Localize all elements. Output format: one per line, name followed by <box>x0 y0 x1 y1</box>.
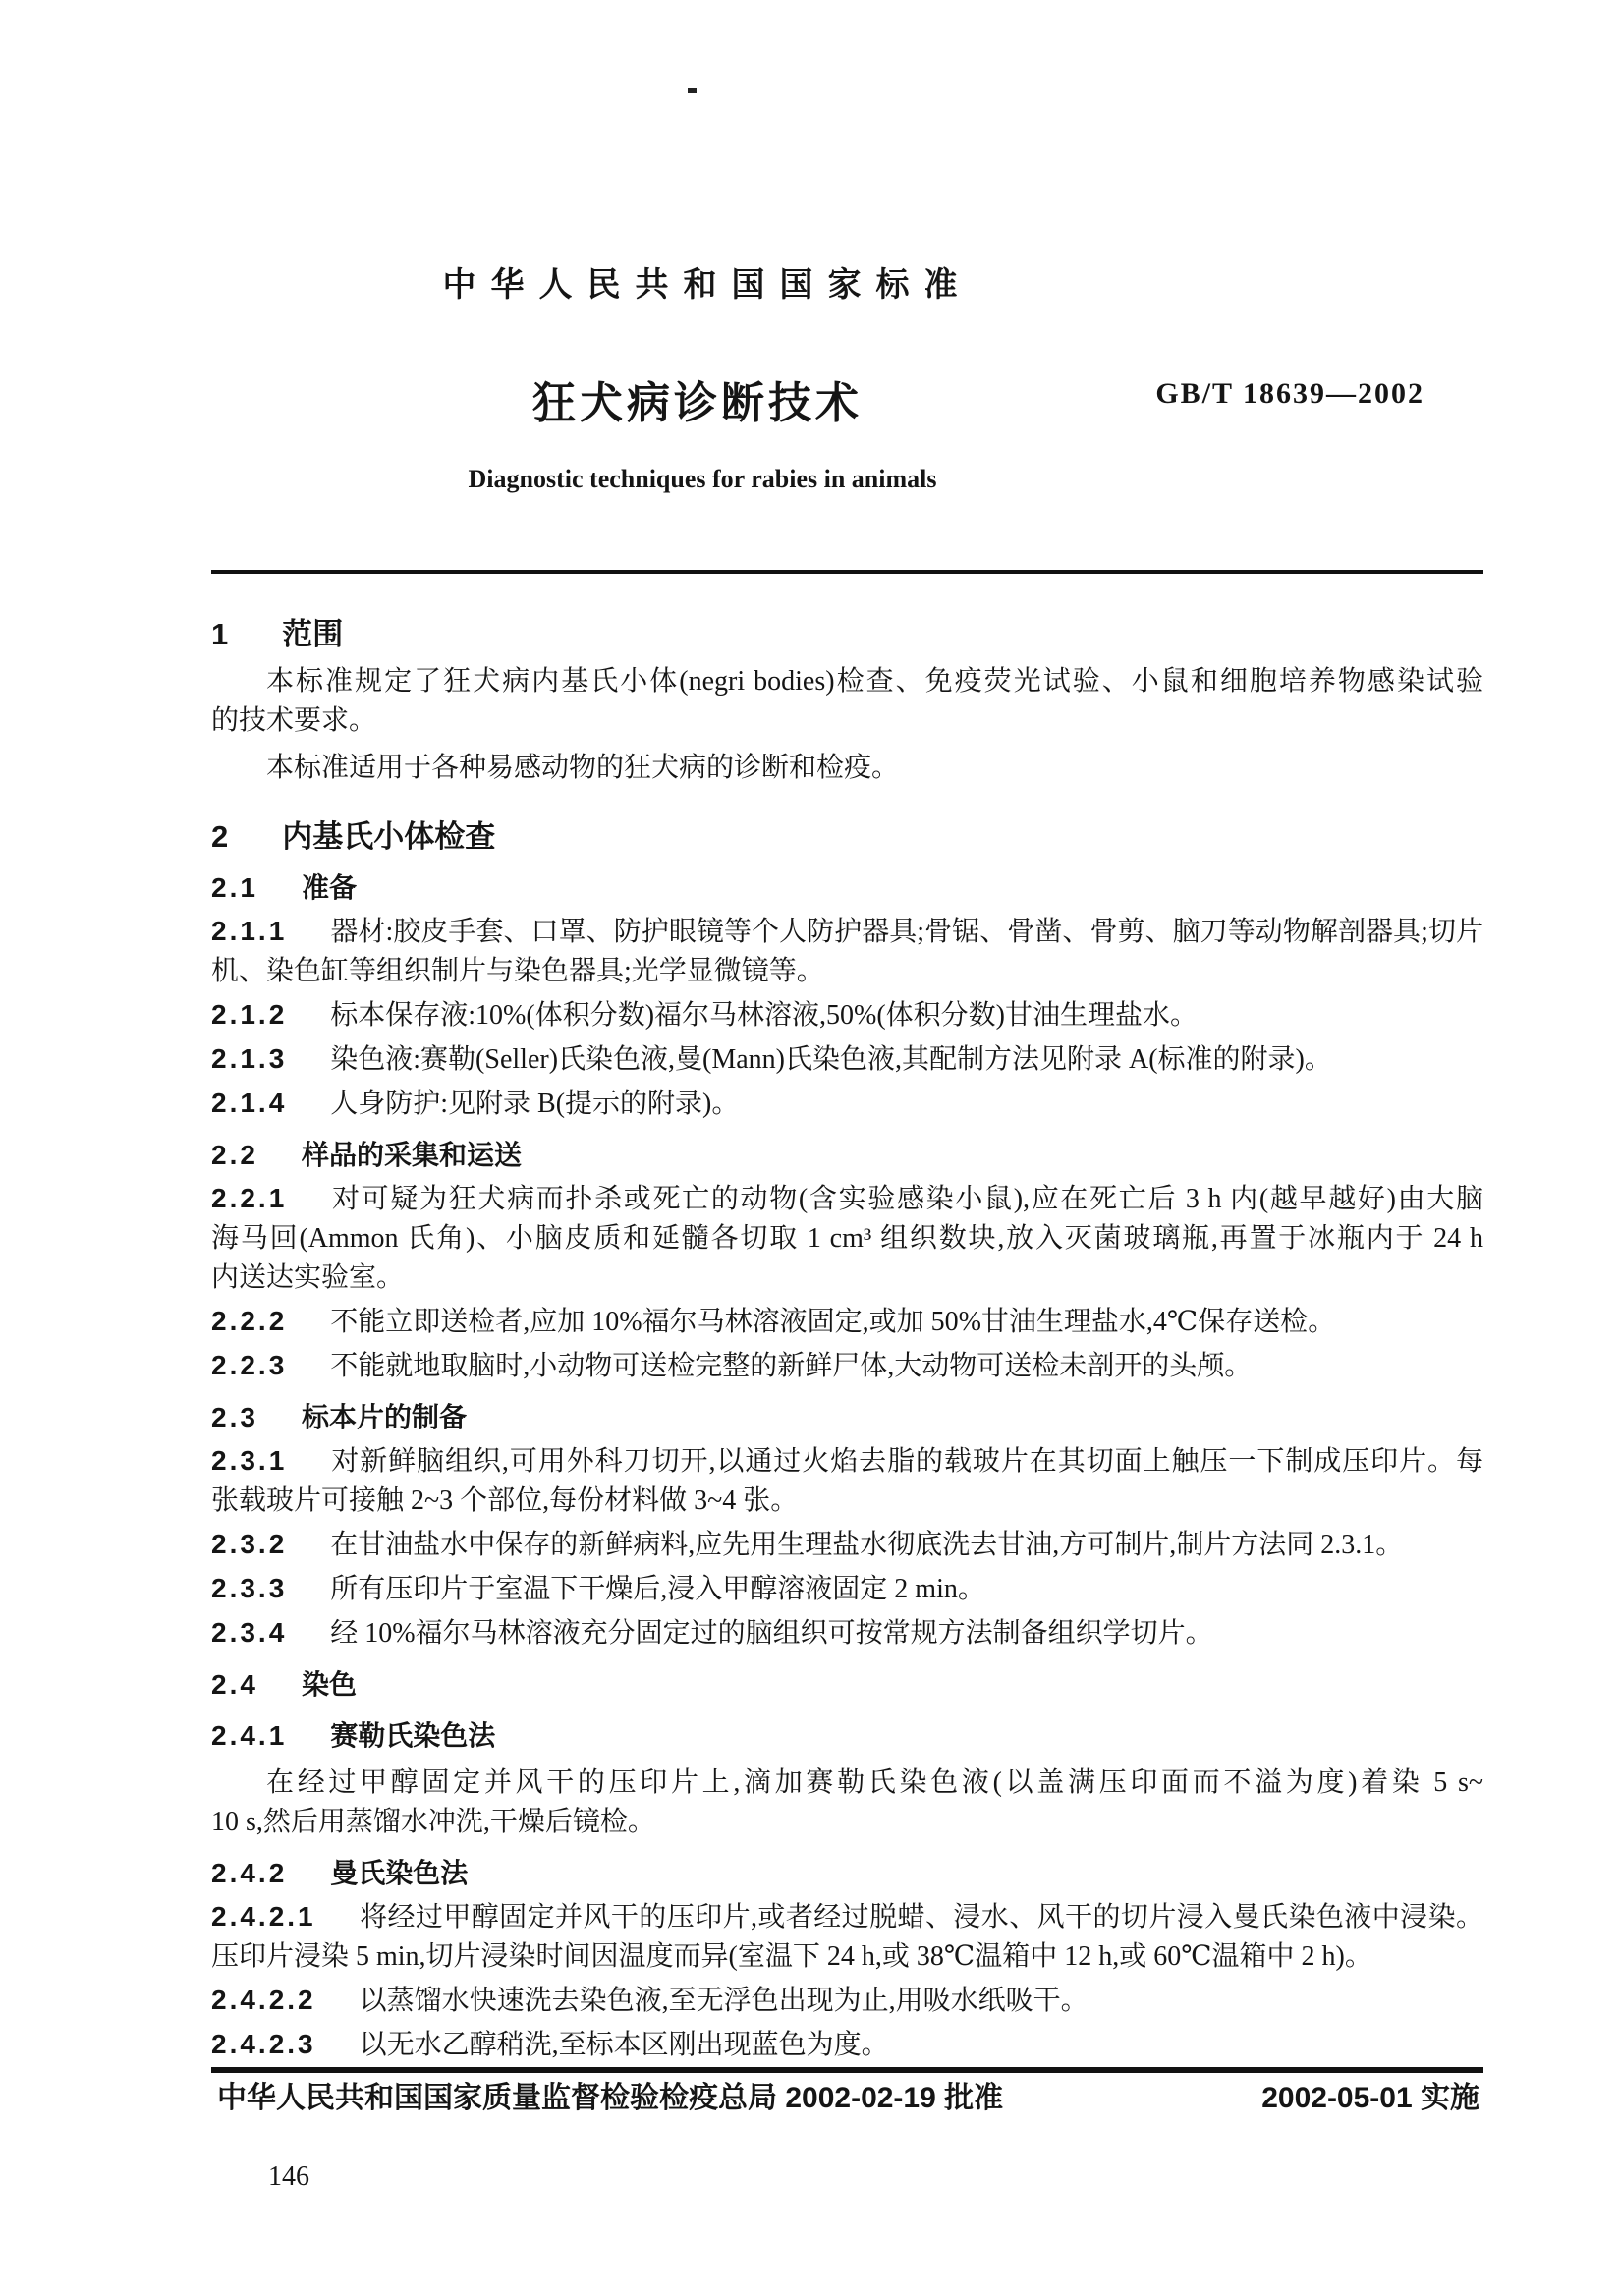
clause-line: 2.2.3不能就地取脑时,小动物可送检完整的新鲜尸体,大动物可送检未剖开的头颅。 <box>211 1346 1483 1386</box>
clause-line: 2.2.1对可疑为狂犬病而扑杀或死亡的动物(含实验感染小鼠),应在死亡后 3 h… <box>211 1179 1483 1219</box>
section-heading: 1范围 <box>211 615 1483 654</box>
clause-line: 2.4.2.2以蒸馏水快速洗去染色液,至无浮色出现为止,用吸水纸吸干。 <box>211 1981 1483 2021</box>
clause-line: 2.3.3所有压印片于室温下干燥后,浸入甲醇溶液固定 2 min。 <box>211 1569 1483 1609</box>
clause-line: 2.1.1器材:胶皮手套、口罩、防护眼镜等个人防护器具;骨锯、骨凿、骨剪、脑刀等… <box>211 912 1483 952</box>
section-heading: 2内基氏小体检查 <box>211 817 1483 857</box>
clause-number: 2.2.1 <box>211 1183 287 1213</box>
paragraph-line: 本标准规定了狂犬病内基氏小体(negri bodies)检查、免疫荧光试验、小鼠… <box>211 662 1483 701</box>
line-text: 样品的采集和运送 <box>302 1140 522 1170</box>
clause-number: 2.2.2 <box>211 1306 287 1336</box>
clause-number: 2.4.1 <box>211 1720 287 1751</box>
clause-line: 2.4.2.3以无水乙醇稍洗,至标本区刚出现蓝色为度。 <box>211 2025 1483 2065</box>
line-text: 压印片浸染 5 min,切片浸染时间因温度而异(室温下 24 h,或 38℃温箱… <box>211 1941 1372 1972</box>
clause-number: 2.1 <box>211 872 258 903</box>
continuation-line: 压印片浸染 5 min,切片浸染时间因温度而异(室温下 24 h,或 38℃温箱… <box>211 1937 1483 1977</box>
document-body: 1范围本标准规定了狂犬病内基氏小体(negri bodies)检查、免疫荧光试验… <box>211 615 1483 2065</box>
line-text: 内送达实验室。 <box>211 1262 404 1293</box>
line-text: 的技术要求。 <box>211 705 376 736</box>
line-text: 经 10%福尔马林溶液充分固定过的脑组织可按常规方法制备组织学切片。 <box>330 1618 1212 1649</box>
line-text: 对可疑为狂犬病而扑杀或死亡的动物(含实验感染小鼠),应在死亡后 3 h 内(越早… <box>330 1184 1483 1214</box>
continuation-line: 的技术要求。 <box>211 701 1483 741</box>
line-text: 所有压印片于室温下干燥后,浸入甲醇溶液固定 2 min。 <box>330 1574 985 1604</box>
footer-approval: 中华人民共和国国家质量监督检验检疫总局 2002-02-19 批准 <box>217 2079 1003 2118</box>
line-text: 海马回(Ammon 氏角)、小脑皮质和延髓各切取 1 cm³ 组织数块,放入灭菌… <box>211 1223 1483 1254</box>
clause-line: 2.4.2.1将经过甲醇固定并风干的压印片,或者经过脱蜡、浸水、风干的切片浸入曼… <box>211 1897 1483 1937</box>
clause-number: 1 <box>211 617 231 651</box>
line-text: 范围 <box>282 617 343 651</box>
line-text: 准备 <box>302 872 357 903</box>
clause-number: 2.3 <box>211 1402 258 1432</box>
clause-number: 2.1.4 <box>211 1088 287 1118</box>
subsection-heading: 2.1准备 <box>211 868 1483 908</box>
line-text: 赛勒氏染色法 <box>330 1720 495 1751</box>
footer-implementation: 2002-05-01 实施 <box>1261 2079 1479 2118</box>
clause-line: 2.2.2不能立即送检者,应加 10%福尔马林溶液固定,或加 50%甘油生理盐水… <box>211 1302 1483 1342</box>
paragraph-line: 本标准适用于各种易感动物的狂犬病的诊断和检疫。 <box>211 749 1483 788</box>
line-text: 对新鲜脑组织,可用外科刀切开,以通过火焰去脂的载玻片在其切面上触压一下制成压印片… <box>330 1446 1483 1477</box>
clause-line: 2.1.4人身防护:见附录 B(提示的附录)。 <box>211 1084 1483 1124</box>
subsection-heading: 2.4.2曼氏染色法 <box>211 1854 1483 1893</box>
clause-number: 2.3.4 <box>211 1617 287 1648</box>
line-text: 人身防护:见附录 B(提示的附录)。 <box>330 1089 739 1119</box>
clause-number: 2.1.2 <box>211 999 287 1030</box>
clause-number: 2.1.3 <box>211 1043 287 1074</box>
page-content: 中华人民共和国国家标准 GB/T 18639—2002 狂犬病诊断技术 Diag… <box>211 0 1483 2197</box>
subsection-heading: 2.4.1赛勒氏染色法 <box>211 1716 1483 1756</box>
header-divider <box>211 570 1483 574</box>
subsection-heading: 2.2样品的采集和运送 <box>211 1136 1483 1175</box>
line-text: 以蒸馏水快速洗去染色液,至无浮色出现为止,用吸水纸吸干。 <box>360 1986 1089 2016</box>
footer: 中华人民共和国国家质量监督检验检疫总局 2002-02-19 批准 2002-0… <box>211 2079 1483 2118</box>
line-text: 标本片的制备 <box>302 1402 467 1432</box>
line-text: 以无水乙醇稍洗,至标本区刚出现蓝色为度。 <box>360 2030 889 2060</box>
line-text: 不能立即送检者,应加 10%福尔马林溶液固定,或加 50%甘油生理盐水,4℃保存… <box>330 1307 1335 1337</box>
line-text: 标本保存液:10%(体积分数)福尔马林溶液,50%(体积分数)甘油生理盐水。 <box>330 1000 1198 1031</box>
subsection-heading: 2.3标本片的制备 <box>211 1398 1483 1437</box>
continuation-line: 机、染色缸等组织制片与染色器具;光学显微镜等。 <box>211 952 1483 991</box>
line-text: 不能就地取脑时,小动物可送检完整的新鲜尸体,大动物可送检未剖开的头颅。 <box>330 1351 1252 1381</box>
standard-title-en: Diagnostic techniques for rabies in anim… <box>211 465 1483 494</box>
line-text: 染色 <box>302 1669 357 1700</box>
clause-number: 2 <box>211 819 231 854</box>
clause-number: 2.3.3 <box>211 1573 287 1603</box>
clause-number: 2.4.2 <box>211 1858 287 1888</box>
line-text: 张载玻片可接触 2~3 个部位,每份材料做 3~4 张。 <box>211 1485 798 1516</box>
line-text: 在经过甲醇固定并风干的压印片上,滴加赛勒氏染色液(以盖满压印面而不溢为度)着染 … <box>266 1767 1483 1798</box>
clause-line: 2.3.1对新鲜脑组织,可用外科刀切开,以通过火焰去脂的载玻片在其切面上触压一下… <box>211 1441 1483 1482</box>
document-page: 中华人民共和国国家标准 GB/T 18639—2002 狂犬病诊断技术 Diag… <box>0 0 1619 2296</box>
clause-number: 2.4.2.3 <box>211 2029 316 2059</box>
line-text: 器材:胶皮手套、口罩、防护眼镜等个人防护器具;骨锯、骨凿、骨剪、脑刀等动物解剖器… <box>330 917 1483 947</box>
clause-line: 2.3.4经 10%福尔马林溶液充分固定过的脑组织可按常规方法制备组织学切片。 <box>211 1613 1483 1653</box>
clause-number: 2.4.2.2 <box>211 1985 316 2015</box>
line-text: 将经过甲醇固定并风干的压印片,或者经过脱蜡、浸水、风干的切片浸入曼氏染色液中浸染… <box>360 1902 1483 1932</box>
standard-number: GB/T 18639—2002 <box>1155 379 1424 409</box>
paragraph-line: 在经过甲醇固定并风干的压印片上,滴加赛勒氏染色液(以盖满压印面而不溢为度)着染 … <box>211 1764 1483 1803</box>
line-text: 机、染色缸等组织制片与染色器具;光学显微镜等。 <box>211 956 824 986</box>
standard-header: 中华人民共和国国家标准 <box>211 265 1483 305</box>
clause-line: 2.1.3染色液:赛勒(Seller)氏染色液,曼(Mann)氏染色液,其配制方… <box>211 1039 1483 1080</box>
clause-line: 2.3.2在甘油盐水中保存的新鲜病料,应先用生理盐水彻底洗去甘油,方可制片,制片… <box>211 1525 1483 1565</box>
line-text: 10 s,然后用蒸馏水冲洗,干燥后镜检。 <box>211 1807 655 1837</box>
continuation-line: 内送达实验室。 <box>211 1259 1483 1298</box>
footer-divider <box>211 2067 1483 2073</box>
line-text: 本标准规定了狂犬病内基氏小体(negri bodies)检查、免疫荧光试验、小鼠… <box>266 666 1483 697</box>
line-text: 内基氏小体检查 <box>282 819 495 854</box>
continuation-line: 张载玻片可接触 2~3 个部位,每份材料做 3~4 张。 <box>211 1482 1483 1521</box>
clause-number: 2.4 <box>211 1669 258 1700</box>
line-text: 染色液:赛勒(Seller)氏染色液,曼(Mann)氏染色液,其配制方法见附录 … <box>330 1044 1332 1075</box>
line-text: 在甘油盐水中保存的新鲜病料,应先用生理盐水彻底洗去甘油,方可制片,制片方法同 2… <box>330 1530 1403 1560</box>
subsection-heading: 2.4染色 <box>211 1665 1483 1705</box>
line-text: 曼氏染色法 <box>330 1858 468 1888</box>
clause-number: 2.2.3 <box>211 1350 287 1380</box>
continuation-line: 海马回(Ammon 氏角)、小脑皮质和延髓各切取 1 cm³ 组织数块,放入灭菌… <box>211 1219 1483 1259</box>
clause-number: 2.3.2 <box>211 1529 287 1559</box>
continuation-line: 10 s,然后用蒸馏水冲洗,干燥后镜检。 <box>211 1803 1483 1842</box>
clause-line: 2.1.2标本保存液:10%(体积分数)福尔马林溶液,50%(体积分数)甘油生理… <box>211 995 1483 1036</box>
page-number: 146 <box>211 2157 1483 2197</box>
line-text: 本标准适用于各种易感动物的狂犬病的诊断和检疫。 <box>266 753 899 783</box>
clause-number: 2.2 <box>211 1140 258 1170</box>
clause-number: 2.4.2.1 <box>211 1901 316 1932</box>
clause-number: 2.3.1 <box>211 1445 287 1476</box>
clause-number: 2.1.1 <box>211 916 287 946</box>
